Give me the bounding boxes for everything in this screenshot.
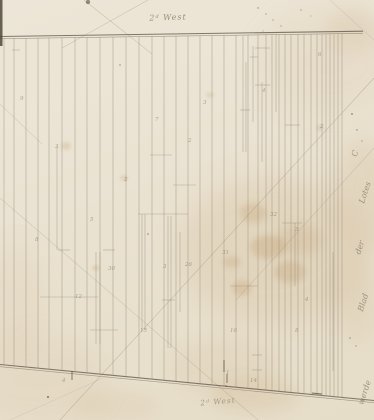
lot-number: 15 [140, 328, 147, 334]
lot-number: 4 [261, 88, 266, 94]
ink-speck [47, 396, 49, 398]
lot-number: 31 [222, 250, 229, 256]
ink-speck [265, 13, 266, 14]
lot-number: 6 [318, 52, 322, 58]
lot-number: 5 [90, 217, 94, 223]
surveyor-tick [312, 393, 322, 394]
plat-linework-canvas: 932234232331263301215168144167584 [0, 0, 374, 420]
lot-number: 4 [304, 297, 309, 303]
ink-speck [355, 345, 356, 346]
lot-number: 2 [319, 124, 324, 130]
lot-number: 3 [203, 100, 207, 106]
ink-speck [86, 0, 90, 4]
lot-number: 2 [187, 138, 192, 144]
ink-speck [257, 7, 258, 8]
lot-number: 3 [55, 144, 59, 150]
ink-speck [300, 9, 301, 10]
scanned-plat-page: 932234232331263301215168144167584 2ᵈ Wes… [0, 0, 374, 420]
ink-speck [272, 19, 273, 20]
lot-number: 30 [108, 266, 115, 272]
lot-number: 8 [35, 237, 39, 243]
lot-number: 26 [184, 262, 192, 268]
ink-speck [361, 140, 362, 141]
lot-number: 1 [226, 370, 230, 376]
lot-number: 4 [61, 378, 66, 384]
scan-edge-mark [0, 0, 3, 46]
paper-stain [61, 142, 71, 150]
paper-stain [206, 92, 214, 98]
lot-number: 32 [270, 212, 277, 218]
lot-number: 16 [230, 328, 237, 334]
ink-speck [147, 233, 149, 235]
paper-stain [239, 203, 267, 223]
ink-speck [351, 113, 353, 115]
lot-number: 3 [295, 227, 299, 233]
lot-number: 9 [20, 96, 24, 102]
ink-speck [349, 337, 350, 338]
ink-speck [119, 64, 120, 65]
lot-number: 8 [295, 328, 299, 334]
ink-speck [311, 16, 312, 17]
lot-number: 7 [155, 117, 159, 123]
lot-number: 2 [123, 177, 128, 183]
lot-number: 3 [163, 264, 167, 270]
ink-speck [263, 31, 264, 32]
survey-construction-line [84, 0, 152, 54]
paper-stain [278, 224, 322, 256]
paper-stain [223, 256, 241, 268]
survey-construction-line [0, 104, 42, 144]
ink-speck [225, 385, 227, 387]
ink-speck [280, 25, 281, 26]
lot-number: 14 [250, 378, 257, 384]
lot-number: 12 [75, 294, 82, 300]
ink-speck [356, 129, 357, 130]
